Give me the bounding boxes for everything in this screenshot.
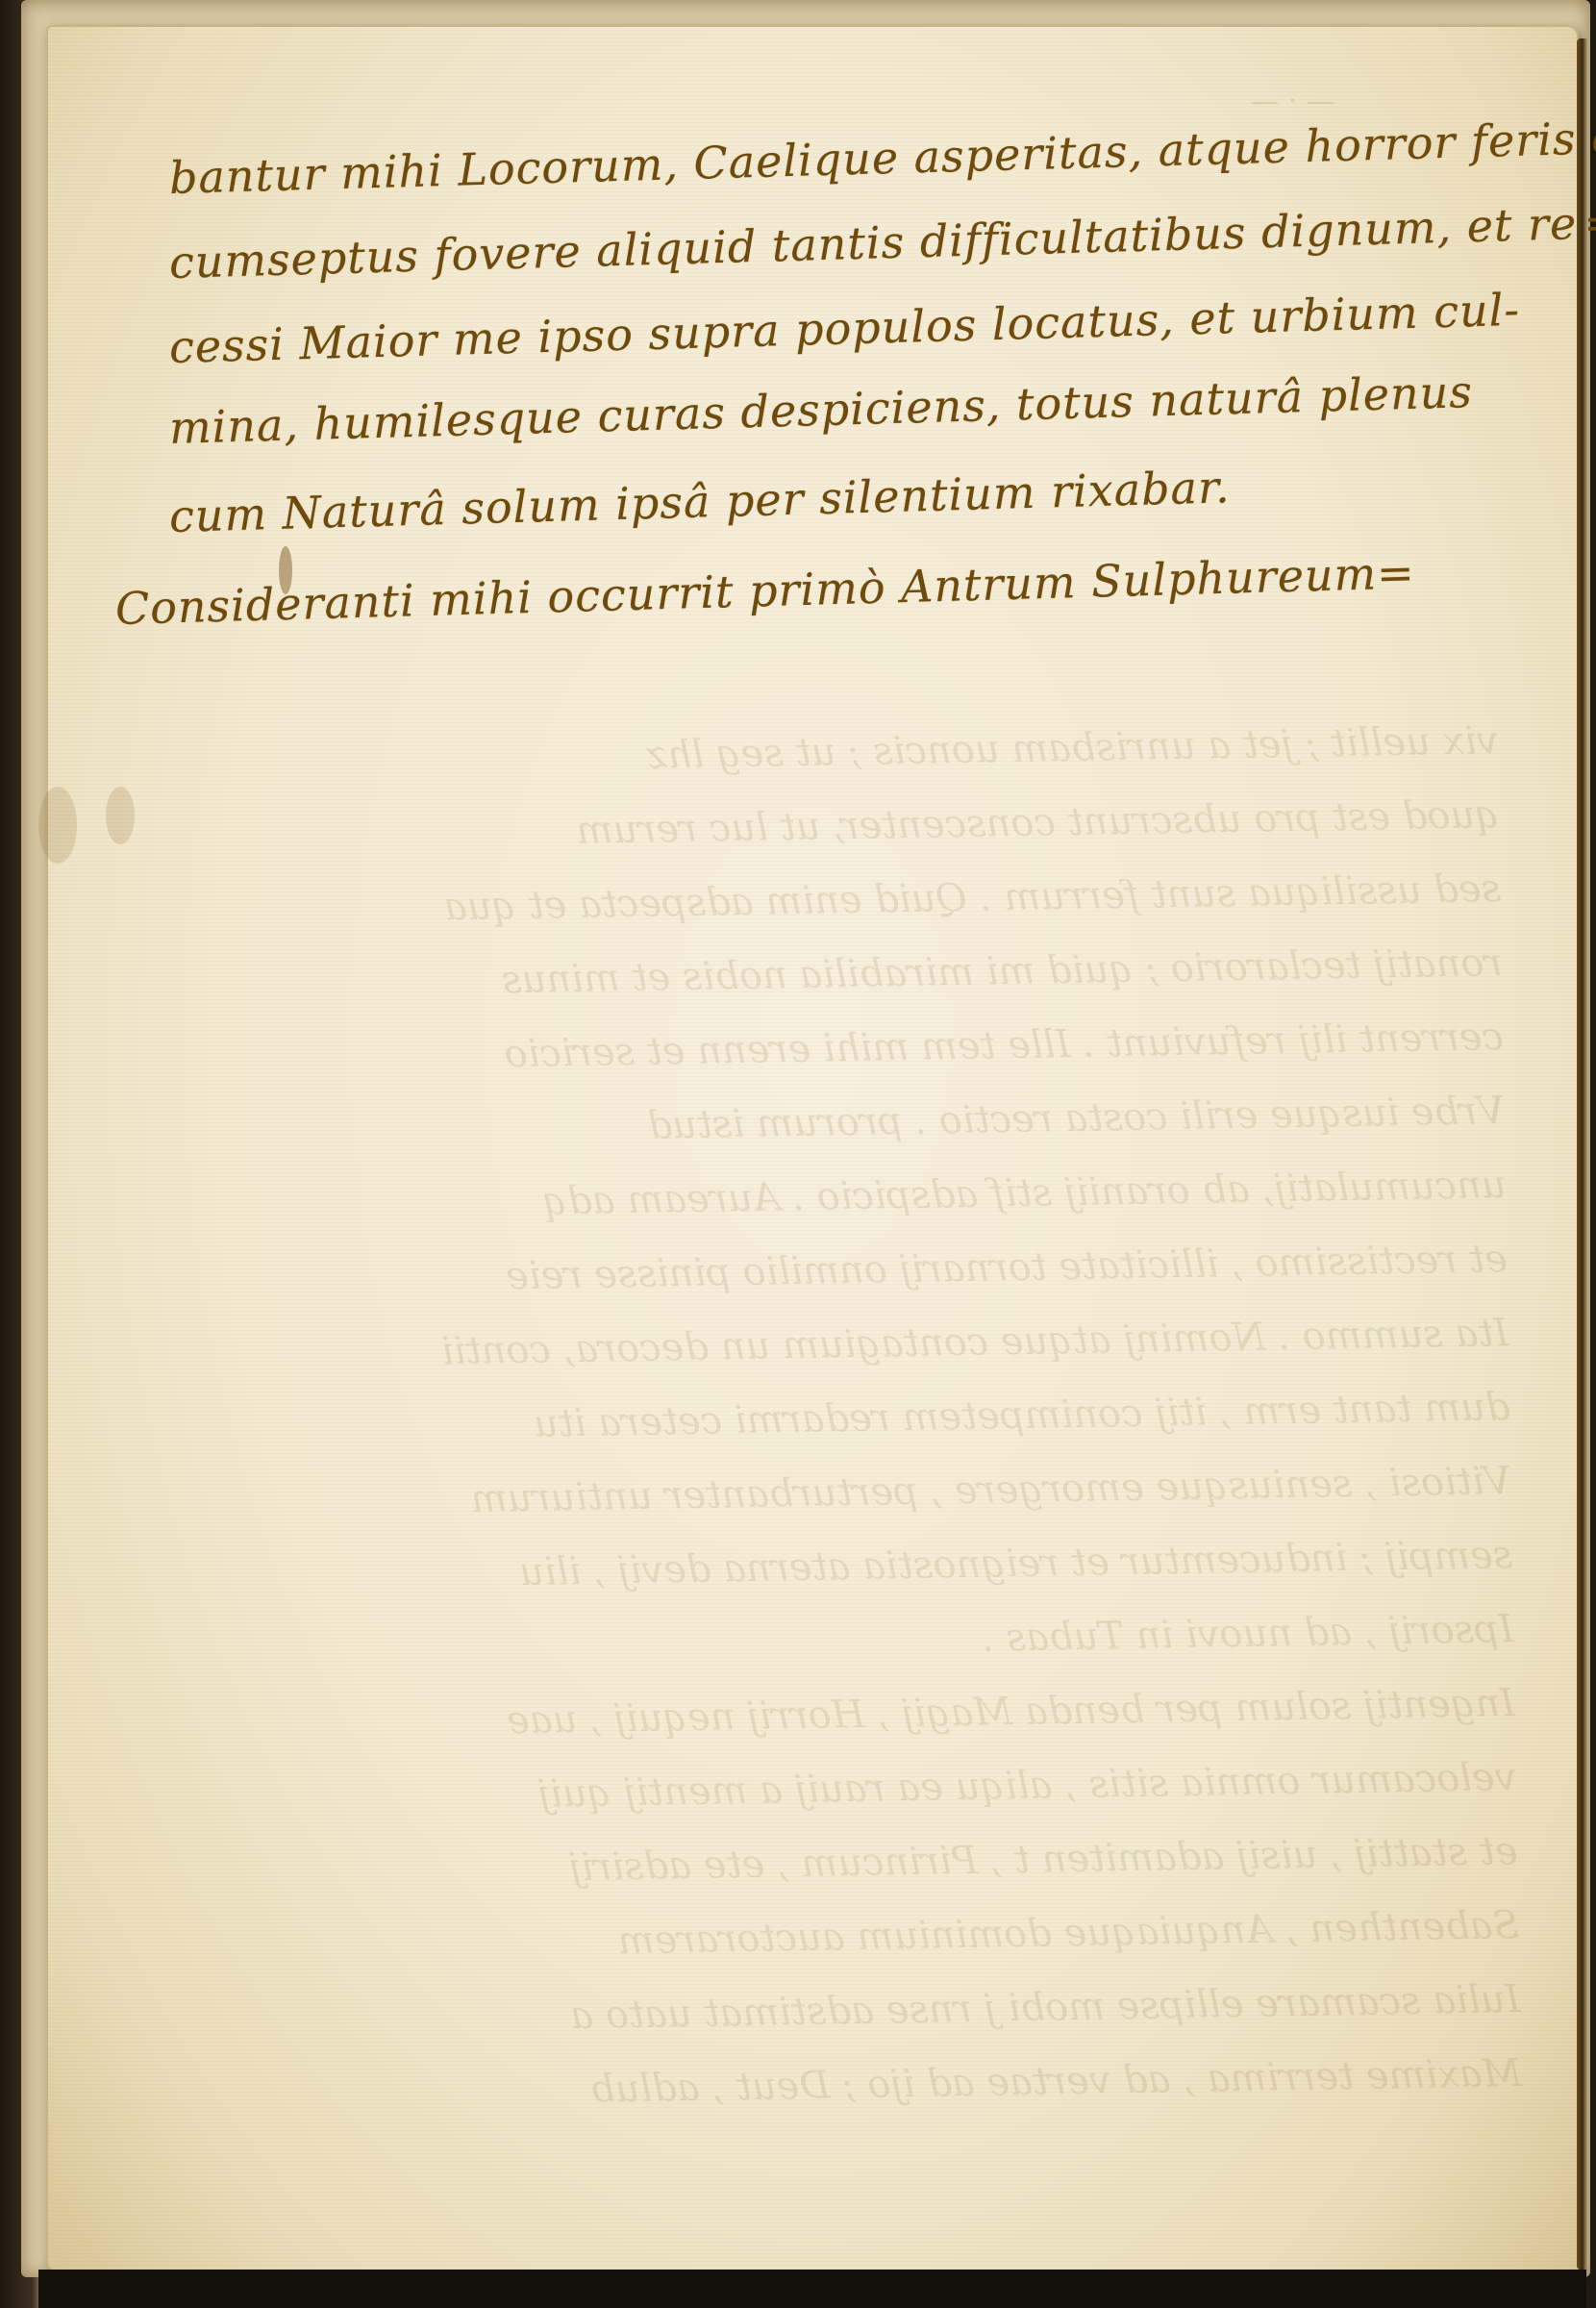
text-line-3: cessi Maior me ipso supra populos locatu… [168,284,1520,373]
text-line-5: cum Naturâ solum ipsâ per silentium rixa… [168,461,1231,542]
paper-stain [38,787,77,864]
text-line-6: Consideranti mihi occurrit primò Antrum … [114,546,1415,635]
manuscript-page: — · — vix uellit ; jet a unrisbam uoncis… [48,27,1577,2273]
bleed-through-folio: — · — [1250,85,1335,118]
bleed-through-text: vix uellit ; jet a unrisbam uoncis ; ut … [74,630,1523,2136]
text-line-4: mina, humilesque curas despiciens, totus… [168,365,1473,454]
text-line-2: cumseptus fovere aliquid tantis difficul… [168,196,1596,288]
page-right-edge [1577,38,1588,2270]
text-line-1: bantur mihi Locorum, Caelique asperitas,… [168,110,1596,204]
page-bottom-shadow [38,2270,1586,2308]
paper-stain [106,787,135,844]
